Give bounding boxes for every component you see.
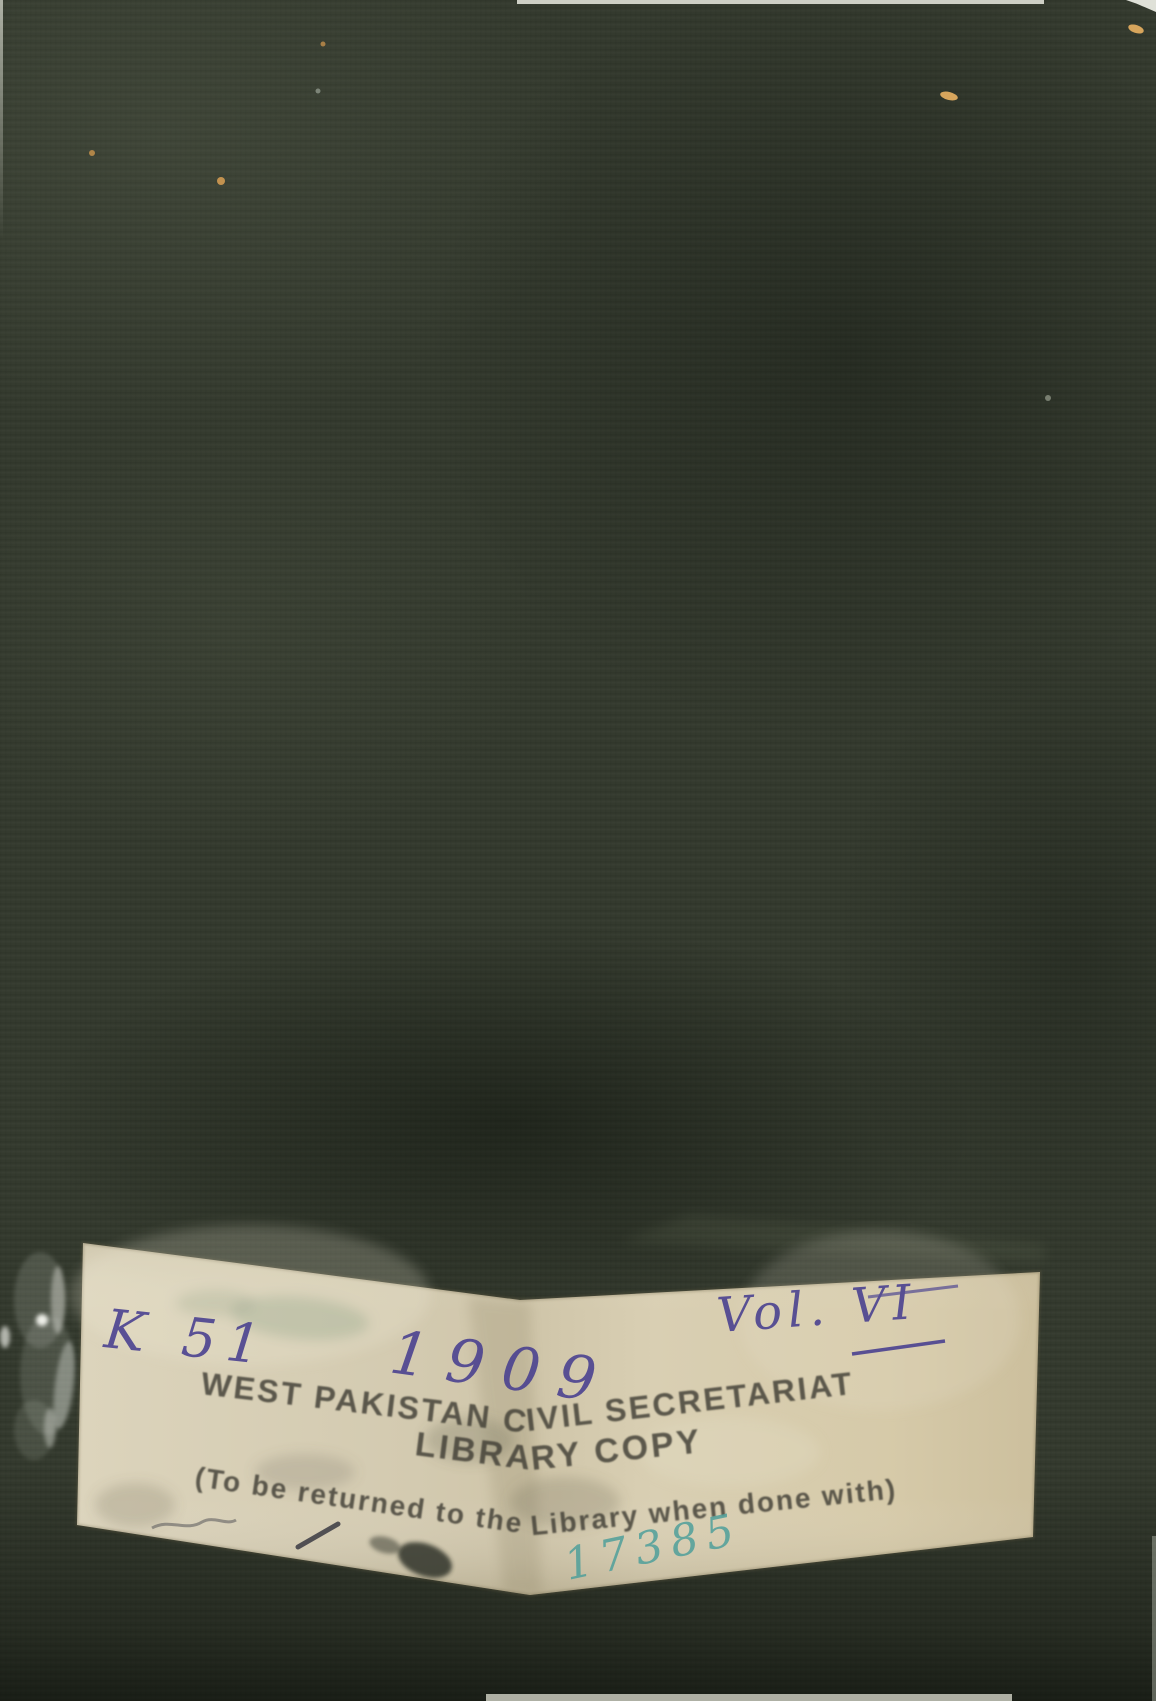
white-scuff-left	[0, 1252, 78, 1460]
speck	[217, 177, 225, 185]
speck	[316, 89, 321, 94]
library-label: K 51 1909 Vol. VI WEST PAKISTAN CIVIL SE…	[70, 1225, 1040, 1595]
speck	[1127, 23, 1145, 36]
speck	[939, 90, 958, 102]
label-and-marks-layer: K 51 1909 Vol. VI WEST PAKISTAN CIVIL SE…	[0, 0, 1156, 1701]
speck	[1045, 395, 1051, 401]
book-cover-photo: K 51 1909 Vol. VI WEST PAKISTAN CIVIL SE…	[0, 0, 1156, 1701]
speck	[321, 42, 326, 47]
dust-specks	[89, 23, 1145, 401]
speck	[89, 150, 95, 156]
